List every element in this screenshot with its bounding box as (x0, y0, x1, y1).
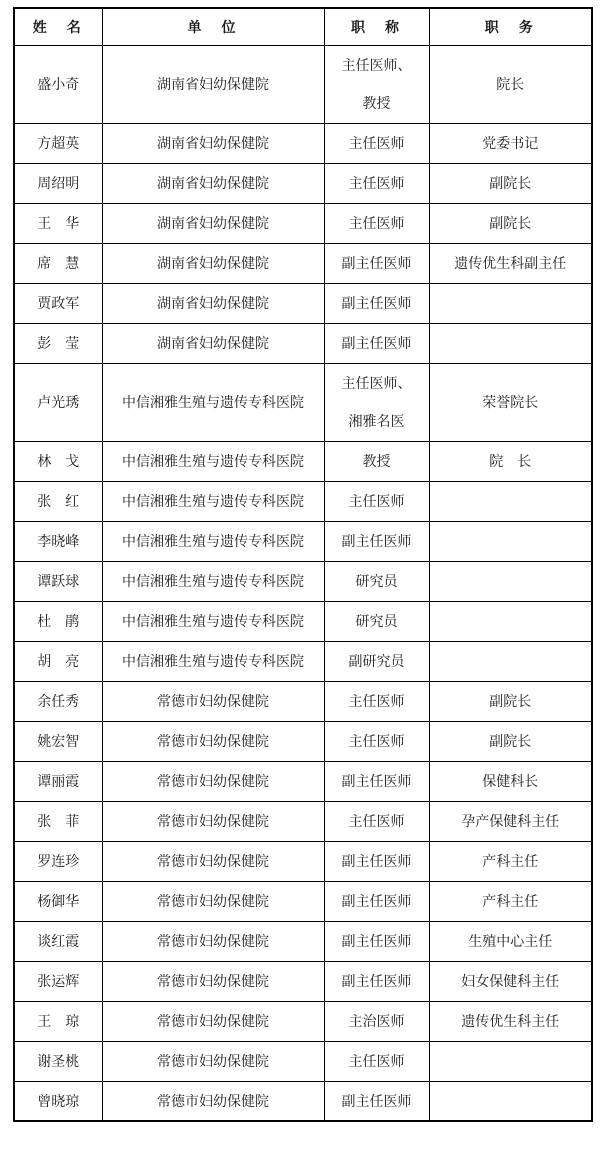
cell-title: 主任医师、 教授 (324, 45, 429, 123)
cell-unit: 常德市妇幼保健院 (102, 681, 324, 721)
cell-unit: 常德市妇幼保健院 (102, 1001, 324, 1041)
cell-unit: 中信湘雅生殖与遗传专科医院 (102, 441, 324, 481)
cell-unit: 常德市妇幼保健院 (102, 921, 324, 961)
cell-position: 院 长 (429, 441, 592, 481)
cell-title: 主任医师 (324, 1041, 429, 1081)
cell-title: 副主任医师 (324, 243, 429, 283)
cell-position (429, 323, 592, 363)
cell-name: 曾晓琼 (14, 1081, 102, 1121)
table-row: 贾政军 湖南省妇幼保健院 副主任医师 (14, 283, 592, 323)
cell-title: 主任医师 (324, 721, 429, 761)
cell-unit: 湖南省妇幼保健院 (102, 243, 324, 283)
cell-name: 张运辉 (14, 961, 102, 1001)
cell-name: 张 菲 (14, 801, 102, 841)
cell-name: 李晓峰 (14, 521, 102, 561)
cell-unit: 湖南省妇幼保健院 (102, 323, 324, 363)
cell-unit: 中信湘雅生殖与遗传专科医院 (102, 641, 324, 681)
cell-name: 盛小奇 (14, 45, 102, 123)
cell-name: 谭跃球 (14, 561, 102, 601)
table-row: 杜 鹃 中信湘雅生殖与遗传专科医院 研究员 (14, 601, 592, 641)
column-header-name: 姓 名 (14, 8, 102, 45)
cell-position: 孕产保健科主任 (429, 801, 592, 841)
table-row: 张 菲 常德市妇幼保健院 主任医师 孕产保健科主任 (14, 801, 592, 841)
cell-name: 席 慧 (14, 243, 102, 283)
cell-name: 王 华 (14, 203, 102, 243)
cell-unit: 常德市妇幼保健院 (102, 801, 324, 841)
table-row: 姚宏智 常德市妇幼保健院 主任医师 副院长 (14, 721, 592, 761)
table-row: 王 琼 常德市妇幼保健院 主治医师 遗传优生科主任 (14, 1001, 592, 1041)
table-row: 林 戈 中信湘雅生殖与遗传专科医院 教授 院 长 (14, 441, 592, 481)
cell-title: 研究员 (324, 561, 429, 601)
table-row: 胡 亮 中信湘雅生殖与遗传专科医院 副研究员 (14, 641, 592, 681)
cell-position: 遗传优生科副主任 (429, 243, 592, 283)
table-row: 曾晓琼 常德市妇幼保健院 副主任医师 (14, 1081, 592, 1121)
cell-title: 副研究员 (324, 641, 429, 681)
cell-unit: 中信湘雅生殖与遗传专科医院 (102, 521, 324, 561)
cell-unit: 中信湘雅生殖与遗传专科医院 (102, 481, 324, 521)
cell-position: 副院长 (429, 681, 592, 721)
cell-unit: 常德市妇幼保健院 (102, 841, 324, 881)
column-header-title: 职 称 (324, 8, 429, 45)
cell-title: 主任医师 (324, 681, 429, 721)
cell-position: 党委书记 (429, 123, 592, 163)
cell-unit: 湖南省妇幼保健院 (102, 45, 324, 123)
table-row: 席 慧 湖南省妇幼保健院 副主任医师 遗传优生科副主任 (14, 243, 592, 283)
cell-name: 张 红 (14, 481, 102, 521)
cell-name: 林 戈 (14, 441, 102, 481)
cell-name: 姚宏智 (14, 721, 102, 761)
table-row: 谭跃球 中信湘雅生殖与遗传专科医院 研究员 (14, 561, 592, 601)
cell-unit: 中信湘雅生殖与遗传专科医院 (102, 363, 324, 441)
column-header-unit: 单 位 (102, 8, 324, 45)
cell-position: 生殖中心主任 (429, 921, 592, 961)
cell-position: 副院长 (429, 203, 592, 243)
cell-position: 保健科长 (429, 761, 592, 801)
cell-name: 谢圣桃 (14, 1041, 102, 1081)
table-row: 余任秀 常德市妇幼保健院 主任医师 副院长 (14, 681, 592, 721)
cell-position (429, 1041, 592, 1081)
cell-unit: 湖南省妇幼保健院 (102, 163, 324, 203)
cell-unit: 常德市妇幼保健院 (102, 1081, 324, 1121)
cell-position (429, 641, 592, 681)
cell-name: 谈红霞 (14, 921, 102, 961)
cell-position: 院长 (429, 45, 592, 123)
cell-title: 副主任医师 (324, 521, 429, 561)
cell-position (429, 601, 592, 641)
cell-title: 主任医师 (324, 481, 429, 521)
cell-title: 研究员 (324, 601, 429, 641)
cell-title: 副主任医师 (324, 881, 429, 921)
cell-unit: 常德市妇幼保健院 (102, 1041, 324, 1081)
cell-unit: 常德市妇幼保健院 (102, 721, 324, 761)
table-header-row: 姓 名 单 位 职 称 职 务 (14, 8, 592, 45)
table-row: 盛小奇 湖南省妇幼保健院 主任医师、 教授 院长 (14, 45, 592, 123)
table-row: 卢光琇 中信湘雅生殖与遗传专科医院 主任医师、 湘雅名医 荣誉院长 (14, 363, 592, 441)
table-row: 谭丽霞 常德市妇幼保健院 副主任医师 保健科长 (14, 761, 592, 801)
cell-title: 主任医师 (324, 203, 429, 243)
cell-name: 胡 亮 (14, 641, 102, 681)
cell-unit: 中信湘雅生殖与遗传专科医院 (102, 601, 324, 641)
cell-name: 杨御华 (14, 881, 102, 921)
cell-unit: 常德市妇幼保健院 (102, 761, 324, 801)
cell-title: 主治医师 (324, 1001, 429, 1041)
cell-name: 周绍明 (14, 163, 102, 203)
cell-name: 王 琼 (14, 1001, 102, 1041)
cell-title: 副主任医师 (324, 323, 429, 363)
table-row: 张运辉 常德市妇幼保健院 副主任医师 妇女保健科主任 (14, 961, 592, 1001)
cell-name: 余任秀 (14, 681, 102, 721)
cell-position: 副院长 (429, 163, 592, 203)
cell-title: 主任医师 (324, 163, 429, 203)
cell-name: 方超英 (14, 123, 102, 163)
cell-name: 彭 莹 (14, 323, 102, 363)
table-row: 张 红 中信湘雅生殖与遗传专科医院 主任医师 (14, 481, 592, 521)
cell-position (429, 1081, 592, 1121)
cell-unit: 湖南省妇幼保健院 (102, 283, 324, 323)
table-row: 李晓峰 中信湘雅生殖与遗传专科医院 副主任医师 (14, 521, 592, 561)
cell-title: 副主任医师 (324, 921, 429, 961)
cell-title: 副主任医师 (324, 283, 429, 323)
table-row: 谢圣桃 常德市妇幼保健院 主任医师 (14, 1041, 592, 1081)
cell-position (429, 481, 592, 521)
cell-unit: 常德市妇幼保健院 (102, 961, 324, 1001)
cell-position (429, 283, 592, 323)
table-row: 王 华 湖南省妇幼保健院 主任医师 副院长 (14, 203, 592, 243)
cell-position (429, 521, 592, 561)
cell-title: 副主任医师 (324, 841, 429, 881)
cell-title: 教授 (324, 441, 429, 481)
cell-position: 妇女保健科主任 (429, 961, 592, 1001)
cell-position: 产科主任 (429, 881, 592, 921)
cell-title: 主任医师 (324, 801, 429, 841)
cell-name: 贾政军 (14, 283, 102, 323)
column-header-position: 职 务 (429, 8, 592, 45)
cell-name: 杜 鹃 (14, 601, 102, 641)
table-row: 谈红霞 常德市妇幼保健院 副主任医师 生殖中心主任 (14, 921, 592, 961)
table-row: 周绍明 湖南省妇幼保健院 主任医师 副院长 (14, 163, 592, 203)
table-row: 方超英 湖南省妇幼保健院 主任医师 党委书记 (14, 123, 592, 163)
cell-title: 副主任医师 (324, 961, 429, 1001)
table-row: 彭 莹 湖南省妇幼保健院 副主任医师 (14, 323, 592, 363)
cell-name: 罗连珍 (14, 841, 102, 881)
table-row: 杨御华 常德市妇幼保健院 副主任医师 产科主任 (14, 881, 592, 921)
cell-position: 副院长 (429, 721, 592, 761)
cell-title: 副主任医师 (324, 761, 429, 801)
cell-unit: 中信湘雅生殖与遗传专科医院 (102, 561, 324, 601)
cell-unit: 常德市妇幼保健院 (102, 881, 324, 921)
cell-position (429, 561, 592, 601)
table-row: 罗连珍 常德市妇幼保健院 副主任医师 产科主任 (14, 841, 592, 881)
cell-title: 副主任医师 (324, 1081, 429, 1121)
cell-position: 遗传优生科主任 (429, 1001, 592, 1041)
cell-name: 谭丽霞 (14, 761, 102, 801)
cell-position: 荣誉院长 (429, 363, 592, 441)
cell-title: 主任医师、 湘雅名医 (324, 363, 429, 441)
cell-name: 卢光琇 (14, 363, 102, 441)
cell-unit: 湖南省妇幼保健院 (102, 203, 324, 243)
cell-unit: 湖南省妇幼保健院 (102, 123, 324, 163)
personnel-roster-table: 姓 名 单 位 职 称 职 务 盛小奇 湖南省妇幼保健院 主任医师、 教授 院长… (13, 7, 593, 1122)
cell-position: 产科主任 (429, 841, 592, 881)
cell-title: 主任医师 (324, 123, 429, 163)
